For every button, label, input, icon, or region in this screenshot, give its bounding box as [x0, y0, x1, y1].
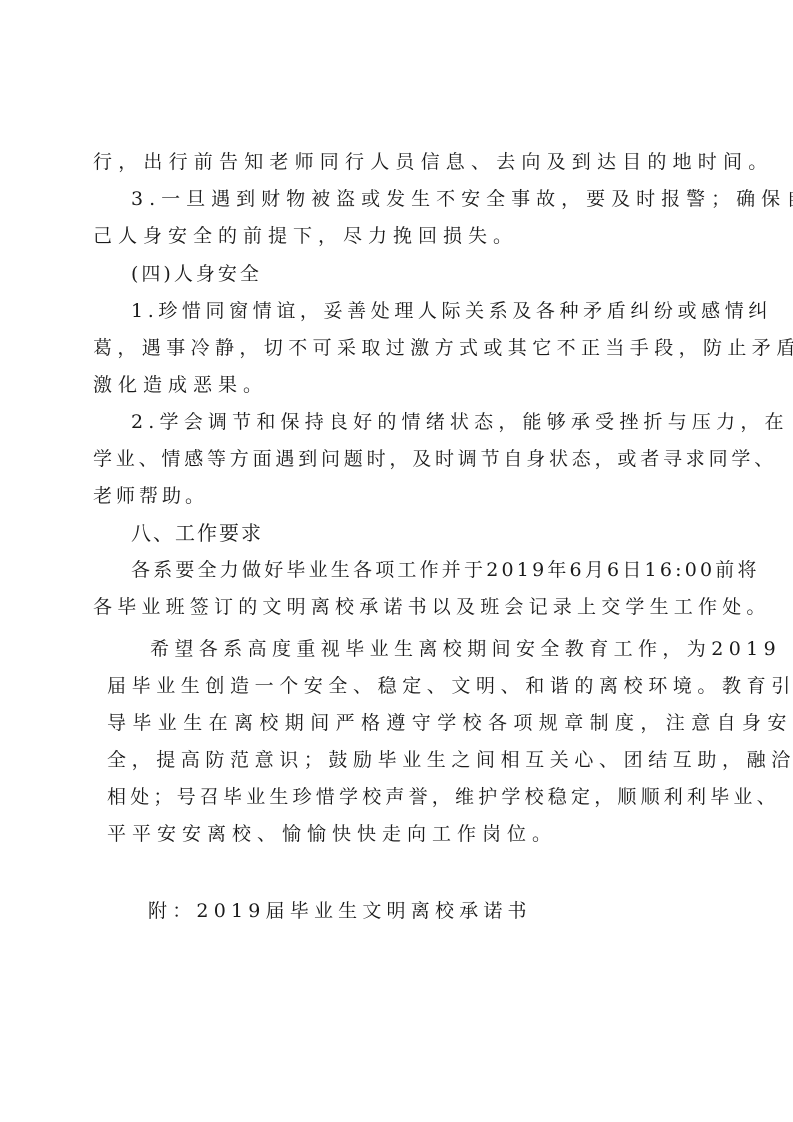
- text-line: 导毕业生在离校期间严格遵守学校各项规章制度，注意自身安: [107, 711, 793, 735]
- text-line: 平平安安离校、愉愉快快走向工作岗位。: [107, 822, 557, 846]
- text-line: 相处；号召毕业生珍惜学校声誉，维护学校稳定，顺顺利利毕业、: [107, 785, 780, 809]
- list-item-3: 3.一旦遇到财物被盗或发生不安全事故，要及时报警；确保自: [131, 187, 793, 211]
- text-line: 己人身安全的前提下，尽力挽回损失。: [93, 224, 518, 248]
- document-page: 行，出行前告知老师同行人员信息、去向及到达目的地时间。 3.一旦遇到财物被盗或发…: [0, 0, 793, 1122]
- text-line: 学业、情感等方面遇到问题时，及时调节自身状态，或者寻求同学、: [93, 447, 777, 471]
- text-line: 各系要全力做好毕业生各项工作并于2019年6月6日16:00前将: [131, 558, 760, 582]
- text-line: 届毕业生创造一个安全、稳定、文明、和谐的离校环境。教育引: [107, 674, 793, 698]
- text-line: 全，提高防范意识；鼓励毕业生之间相互关心、团结互助，融洽: [107, 748, 793, 772]
- text-line: 行，出行前告知老师同行人员信息、去向及到达目的地时间。: [93, 150, 773, 174]
- section-subheading: (四)人身安全: [131, 262, 262, 286]
- list-item-2: 2.学会调节和保持良好的情绪状态，能够承受挫折与压力，在: [131, 410, 789, 434]
- text-line: 葛，遇事冷静，切不可采取过激方式或其它不正当手段，防止矛盾: [93, 336, 793, 360]
- text-line: 激化造成恶果。: [93, 373, 268, 397]
- text-line: 希望各系高度重视毕业生离校期间安全教育工作，为2019: [150, 637, 781, 661]
- text-line: 各毕业班签订的文明离校承诺书以及班会记录上交学生工作处。: [93, 595, 771, 619]
- section-heading: 八、工作要求: [131, 521, 263, 545]
- attachment-note: 附：2019届毕业生文明离校承诺书: [148, 899, 532, 923]
- list-item-1: 1.珍惜同窗情谊，妥善处理人际关系及各种矛盾纠纷或感情纠: [131, 299, 772, 323]
- text-line: 老师帮助。: [93, 484, 208, 508]
